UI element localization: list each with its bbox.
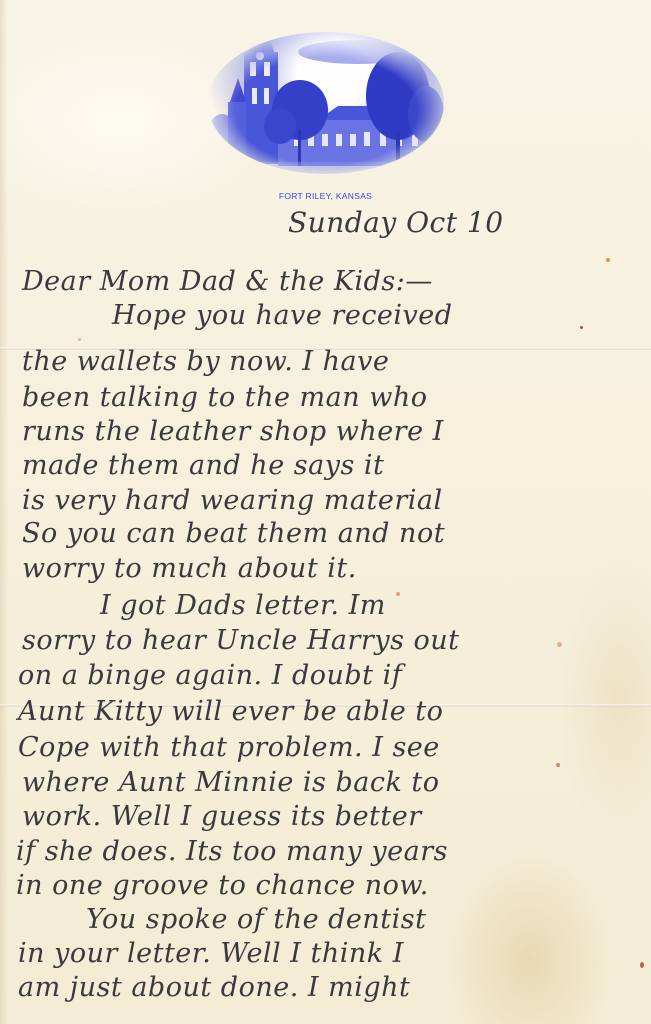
foxing-spot bbox=[640, 962, 644, 968]
letter-line: Hope you have received bbox=[112, 300, 453, 331]
letter-line: in one groove to chance now. bbox=[16, 870, 429, 901]
letter-line: in your letter. Well I think I bbox=[18, 938, 404, 969]
letter-page: FORT RILEY, KANSAS Sunday Oct 10 Dear Mo… bbox=[0, 0, 651, 1024]
foxing-spot bbox=[580, 326, 583, 329]
letter-line: made them and he says it bbox=[22, 450, 384, 481]
letter-line: Aunt Kitty will ever be able to bbox=[18, 696, 443, 727]
letter-line: runs the leather shop where I bbox=[22, 416, 444, 447]
letter-line: So you can beat them and not bbox=[22, 518, 445, 549]
letterhead-illustration bbox=[208, 22, 444, 172]
letter-line: sorry to hear Uncle Harrys out bbox=[22, 625, 460, 656]
letter-line: worry to much about it. bbox=[22, 553, 357, 584]
foxing-spot bbox=[556, 763, 560, 767]
letter-line: You spoke of the dentist bbox=[86, 904, 427, 935]
letterhead-caption: FORT RILEY, KANSAS bbox=[0, 191, 651, 201]
building-illustration-icon bbox=[208, 22, 444, 174]
letter-line: been talking to the man who bbox=[22, 382, 427, 413]
letter-line: I got Dads letter. Im bbox=[100, 590, 386, 621]
letter-line: the wallets by now. I have bbox=[22, 346, 389, 377]
foxing-spot bbox=[557, 642, 562, 647]
letter-line: is very hard wearing material bbox=[22, 485, 443, 516]
foxing-spot bbox=[396, 592, 400, 596]
letter-line: Dear Mom Dad & the Kids:— bbox=[22, 266, 433, 297]
foxing-spot bbox=[78, 338, 81, 341]
letter-line: if she does. Its too many years bbox=[16, 836, 448, 867]
letter-line: on a binge again. I doubt if bbox=[18, 660, 402, 691]
foxing-spot bbox=[606, 258, 610, 262]
page-edge-shadow bbox=[0, 0, 8, 1024]
letter-line: am just about done. I might bbox=[18, 972, 410, 1003]
letter-line: Cope with that problem. I see bbox=[18, 732, 440, 763]
letter-date: Sunday Oct 10 bbox=[288, 206, 504, 239]
letter-line: where Aunt Minnie is back to bbox=[22, 767, 440, 798]
letter-line: work. Well I guess its better bbox=[22, 801, 422, 832]
